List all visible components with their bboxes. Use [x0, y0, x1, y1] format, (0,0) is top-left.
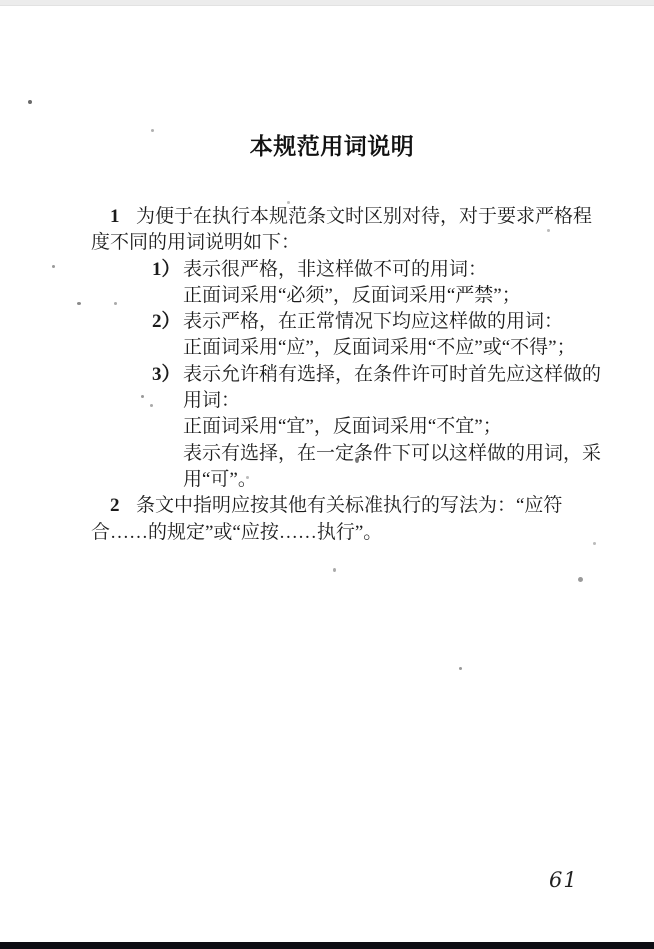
scan-speck	[246, 476, 249, 479]
line-text: 条文中指明应按其他有关标准执行的写法为：“应符	[136, 495, 562, 516]
line-text: 表示严格，在正常情况下均应这样做的用词：	[183, 311, 563, 332]
scan-speck	[578, 577, 583, 582]
line-text: 表示有选择，在一定条件下可以这样做的用词，采	[183, 443, 601, 464]
scan-speck	[459, 667, 462, 670]
line-number: 3）	[152, 362, 183, 388]
line-number: 2）	[152, 309, 183, 335]
line-text: 用词：	[183, 390, 240, 411]
text-line: 正面词采用“宜”，反面词采用“不宜”；	[91, 414, 621, 440]
scan-speck	[114, 302, 117, 305]
line-text: 表示很严格，非这样做不可的用词：	[183, 259, 487, 280]
scan-speck	[547, 229, 550, 232]
scan-speck	[150, 404, 153, 407]
text-line: 度不同的用词说明如下：	[91, 230, 621, 256]
line-text: 度不同的用词说明如下：	[91, 232, 300, 253]
scan-speck	[333, 568, 336, 572]
text-line: 正面词采用“必须”，反面词采用“严禁”；	[91, 283, 621, 309]
text-line: 表示有选择，在一定条件下可以这样做的用词，采	[91, 441, 621, 467]
text-line: 用“可”。	[91, 467, 621, 493]
scanned-document-page: 本规范用词说明 1为便于在执行本规范条文时区别对待，对于要求严格程度不同的用词说…	[0, 0, 654, 949]
line-text: 正面词采用“应”，反面词采用“不应”或“不得”；	[183, 337, 576, 358]
line-text: 正面词采用“必须”，反面词采用“严禁”；	[183, 285, 521, 306]
scan-speck	[141, 395, 144, 398]
line-text: 为便于在执行本规范条文时区别对待，对于要求严格程	[136, 206, 592, 227]
line-text: 表示允许稍有选择，在条件许可时首先应这样做的	[183, 364, 601, 385]
text-line: 正面词采用“应”，反面词采用“不应”或“不得”；	[91, 335, 621, 361]
scan-speck	[52, 265, 55, 268]
text-line: 2）表示严格，在正常情况下均应这样做的用词：	[91, 309, 621, 335]
scan-speck	[77, 302, 81, 305]
line-number: 2	[110, 493, 136, 519]
line-number: 1	[110, 204, 136, 230]
scan-speck	[28, 100, 32, 104]
text-line: 2条文中指明应按其他有关标准执行的写法为：“应符	[91, 493, 621, 519]
line-text: 正面词采用“宜”，反面词采用“不宜”；	[183, 416, 502, 437]
line-text: 用“可”。	[183, 469, 257, 490]
text-line: 1）表示很严格，非这样做不可的用词：	[91, 257, 621, 283]
scan-speck	[355, 457, 359, 463]
line-number: 1）	[152, 257, 183, 283]
scan-edge-bottom	[0, 942, 654, 949]
page-title: 本规范用词说明	[0, 128, 654, 161]
line-text: 合……的规定”或“应按……执行”。	[91, 522, 382, 543]
scan-speck	[151, 129, 154, 132]
body-text: 1为便于在执行本规范条文时区别对待，对于要求严格程度不同的用词说明如下：1）表示…	[91, 204, 621, 546]
text-line: 3）表示允许稍有选择，在条件许可时首先应这样做的	[91, 362, 621, 388]
scan-edge-top	[0, 0, 654, 6]
scan-speck	[287, 201, 290, 204]
text-line: 1为便于在执行本规范条文时区别对待，对于要求严格程	[91, 204, 621, 230]
scan-speck	[593, 542, 596, 545]
text-line: 合……的规定”或“应按……执行”。	[91, 520, 621, 546]
text-line: 用词：	[91, 388, 621, 414]
page-number: 61	[549, 868, 578, 892]
